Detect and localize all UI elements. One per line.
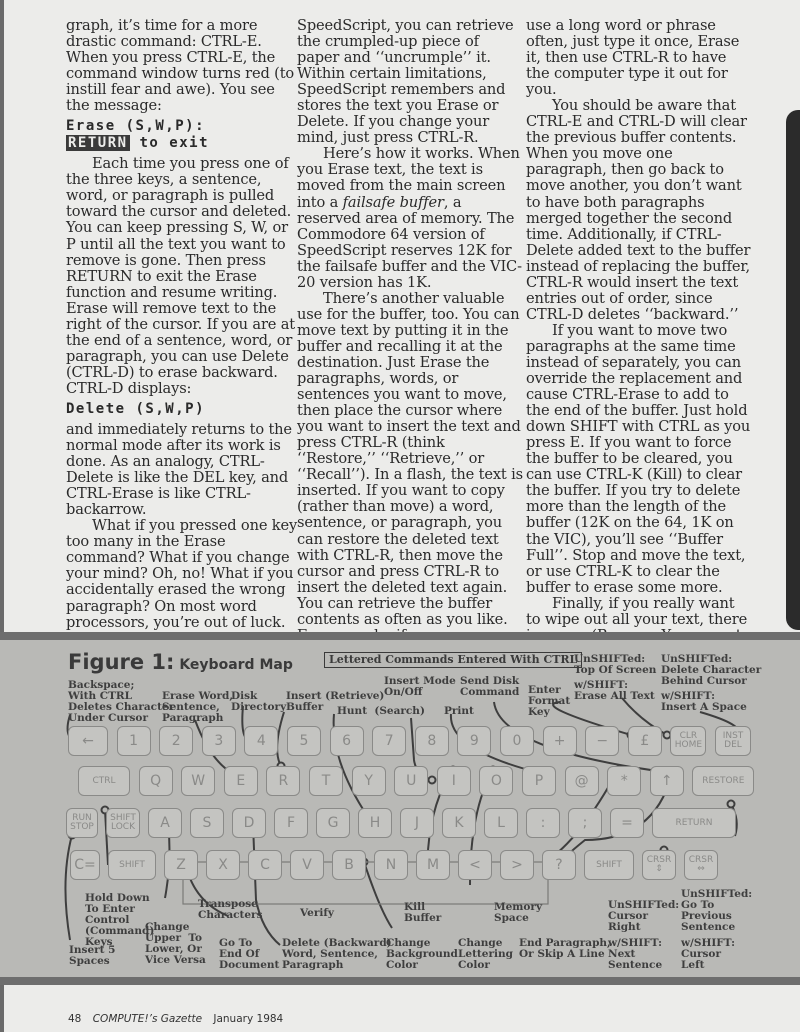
paragraph: and immediately returns to the normal mo… [66,422,298,518]
key-t: T [309,766,343,796]
label-insert-5-spaces: Insert 5 Spaces [69,945,115,967]
key-: ; [568,808,602,838]
figure-title: Figure 1: Keyboard Map [68,650,293,674]
key-7: 7 [372,726,406,756]
label-backspace: Backspace; With CTRL Deletes Character U… [68,680,174,724]
key-b: B [332,850,366,880]
magazine-name: COMPUTE!’s Gazette [93,1013,202,1025]
inverse-return-label: RETURN [66,135,130,151]
key-m: M [416,850,450,880]
key-: : [526,808,560,838]
code-erase-message: Erase (S,W,P): RETURN to exit [66,118,298,152]
key-4: 4 [244,726,278,756]
label-cursor-left: w/SHIFT: Cursor Left [681,938,735,971]
label-top-of-screen: UnSHIFTed: Top Of Screen [574,654,656,676]
label-end-paragraph: End Paragraph, Or Skip A Line [519,938,611,960]
figure-caption: Keyboard Map [174,657,292,673]
keyboard-map-figure: Figure 1: Keyboard Map Lettered Commands… [0,640,800,977]
label-disk-directory: Disk Directory [231,691,286,713]
label-hold-down-ctrl: Hold Down To Enter Control (Command) Key… [85,893,154,948]
code-line: Erase (S,W,P): [66,118,298,135]
key-: ↑ [650,766,684,796]
label-insert-space: w/SHIFT: Insert A Space [661,691,747,713]
label-go-to-end: Go To End Of Document [219,938,279,971]
key-: = [610,808,644,838]
divider-band-bottom [0,977,800,985]
code-delete-message: Delete (S,W,P) [66,401,298,418]
label-transpose: Transpose Characters [198,899,263,921]
label-next-sentence: w/SHIFT: Next Sentence [608,938,662,971]
label-change-background: Change Background Color [386,938,458,971]
key-crsr: CRSR ⇔ [684,850,718,880]
paragraph: Each time you press one of the three key… [66,156,298,397]
issue-date: January 1984 [213,1013,283,1025]
figure-number: Figure 1: [68,650,174,674]
label-hunt: Hunt (Search) [337,706,425,717]
key-x: X [206,850,240,880]
article-column-3: use a long word or phrase often, just ty… [526,18,752,660]
key-v: V [290,850,324,880]
torn-page-edge [786,110,800,630]
label-delete-backward: Delete (Backward) Word, Sentence, Paragr… [282,938,392,971]
paragraph: Here’s how it works. When you Erase text… [297,146,525,290]
label-insert-mode: Insert Mode On/Off [384,676,456,698]
page-number: 48 [68,1013,81,1025]
key-clr-home: CLR HOME [670,726,706,756]
key-crsr: CRSR ⇕ [642,850,676,880]
key-8: 8 [415,726,449,756]
key-2: 2 [159,726,193,756]
key-g: G [316,808,350,838]
label-change-case: Change Upper To Lower, Or Vice Versa [145,922,206,966]
key-h: H [358,808,392,838]
label-erase: Erase Word, Sentence, Paragraph [162,691,233,724]
key-u: U [394,766,428,796]
key-shift: SHIFT [108,850,156,880]
key-: £ [628,726,662,756]
paragraph: graph, it’s time for a more drastic comm… [66,18,298,114]
key-e: E [224,766,258,796]
key-o: O [479,766,513,796]
key-: ? [542,850,576,880]
paragraph: If you want to move two paragraphs at th… [526,323,752,596]
key-: − [585,726,619,756]
paragraph: You should be aware that CTRL-E and CTRL… [526,98,752,323]
key-shift: SHIFT [584,850,634,880]
key-y: Y [352,766,386,796]
key-p: P [522,766,556,796]
label-print: Print [444,706,474,717]
key-: + [543,726,577,756]
key-: ← [68,726,108,756]
key-shift-lock: SHIFT LOCK [106,808,140,838]
label-kill-buffer: Kill Buffer [404,902,441,924]
key-: < [458,850,492,880]
emphasis-term: failsafe buffer [343,194,444,211]
label-memory-space: Memory Space [494,902,542,924]
key-3: 3 [202,726,236,756]
key-inst-del: INST DEL [715,726,751,756]
key-q: Q [139,766,173,796]
article-column-2: SpeedScript, you can retrieve the crumpl… [297,18,525,644]
key-5: 5 [287,726,321,756]
key-: @ [565,766,599,796]
key-n: N [374,850,408,880]
key-: * [607,766,641,796]
key-f: F [274,808,308,838]
key-run-stop: RUN STOP [66,808,98,838]
key-z: Z [164,850,198,880]
label-verify: Verify [300,908,334,919]
key-return: RETURN [652,808,736,838]
key-j: J [400,808,434,838]
key-0: 0 [500,726,534,756]
key-9: 9 [457,726,491,756]
paragraph: What if you pressed one key too many in … [66,518,298,646]
key-w: W [181,766,215,796]
key-c: C= [70,850,100,880]
key-k: K [442,808,476,838]
key-ctrl: CTRL [78,766,130,796]
code-line: RETURN to exit [66,135,298,152]
key-l: L [484,808,518,838]
paragraph: SpeedScript, you can retrieve the crumpl… [297,18,525,146]
key-: > [500,850,534,880]
code-text: to exit [130,135,209,151]
key-1: 1 [117,726,151,756]
key-6: 6 [330,726,364,756]
label-previous-sentence: UnSHIFTed: Go To Previous Sentence [681,889,752,933]
paragraph: There’s another valuable use for the buf… [297,291,525,644]
key-r: R [266,766,300,796]
paragraph: use a long word or phrase often, just ty… [526,18,752,98]
key-restore: RESTORE [692,766,754,796]
key-a: A [148,808,182,838]
key-c: C [248,850,282,880]
divider-band [0,632,800,640]
label-cursor-right: UnSHIFTed: Cursor Right [608,900,679,933]
label-delete-behind: UnSHIFTed: Delete Character Behind Curso… [661,654,761,687]
key-i: I [437,766,471,796]
label-change-lettering: Change Lettering Color [458,938,513,971]
key-d: D [232,808,266,838]
page-footer: 48 COMPUTE!’s Gazette January 1984 [68,1013,283,1025]
label-format-key: Enter Format Key [528,685,570,718]
label-erase-all: w/SHIFT: Erase All Text [574,680,655,702]
label-send-disk-command: Send Disk Command [460,676,519,698]
key-s: S [190,808,224,838]
article-column-1: graph, it’s time for a more drastic comm… [66,18,298,647]
boxed-caption: Lettered Commands Entered With CTRL [324,652,582,668]
